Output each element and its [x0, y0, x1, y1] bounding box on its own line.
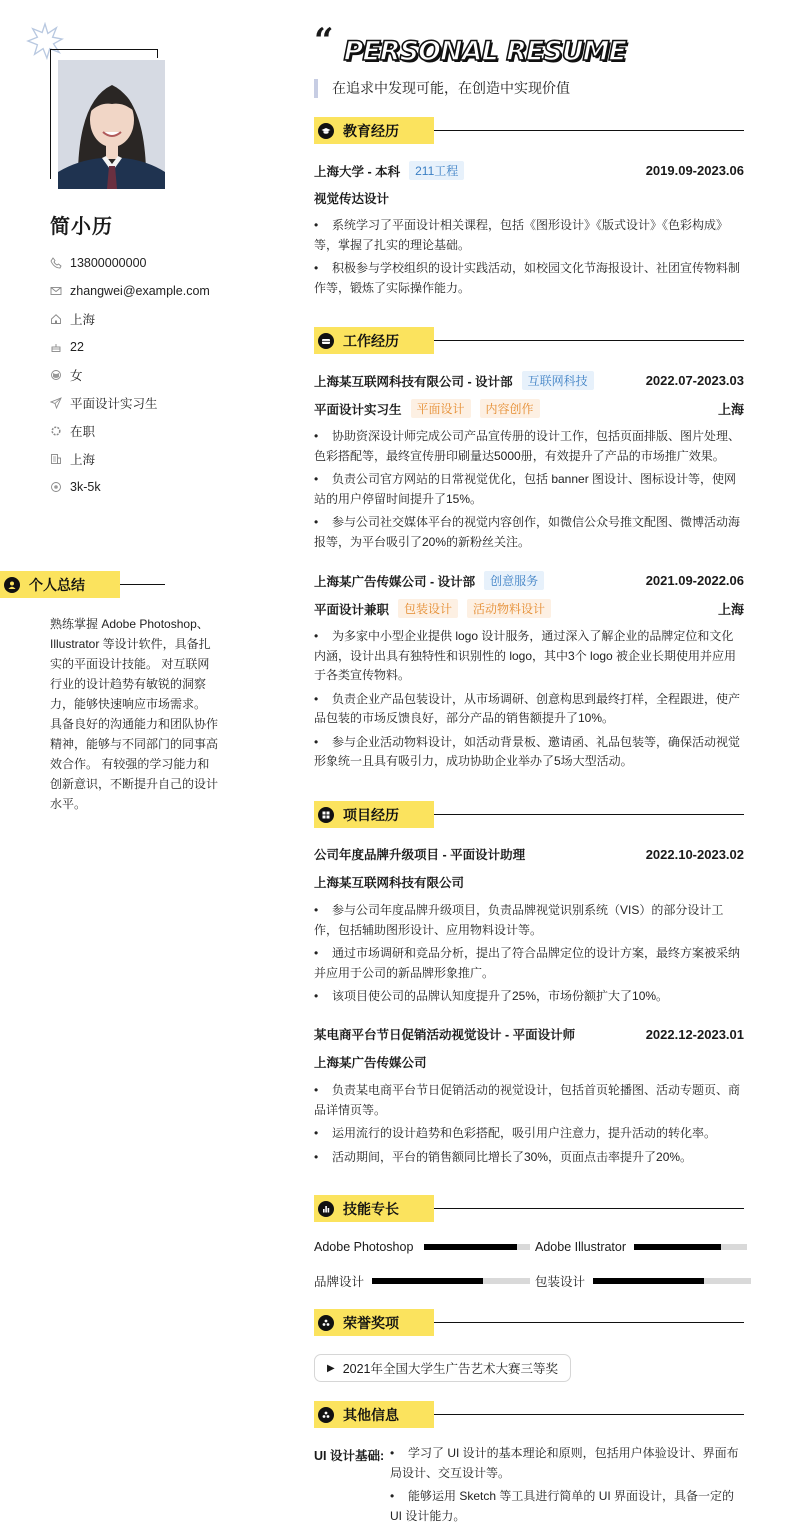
skill-tag: 包装设计: [398, 599, 458, 618]
grid-icon: [318, 807, 334, 823]
industry-tag: 互联网科技: [522, 371, 594, 390]
status-icon: [50, 425, 62, 437]
company-name: 上海某广告传媒公司 - 设计部: [314, 572, 475, 590]
work-city: 上海: [718, 399, 744, 418]
school-tag: 211工程: [409, 161, 464, 180]
work-bullets: •协助资深设计师完成公司产品宣传册的设计工作，包括页面排版、图片处理、色彩搭配等…: [314, 427, 744, 556]
info-value: 上海: [70, 310, 95, 328]
section-header-projects: 项目经历: [314, 801, 744, 828]
section-divider: [434, 814, 744, 816]
skill-tag: 平面设计: [411, 399, 471, 418]
section-title: 教育经历: [343, 121, 399, 141]
home-icon: [50, 313, 62, 325]
project-company: 上海某广告传媒公司: [314, 1053, 427, 1071]
bullet-item: •参与企业活动物料设计，如活动背景板、邀请函、礼品包装等，确保活动视觉形象统一且…: [314, 733, 744, 772]
info-phone: 13800000000: [50, 249, 210, 277]
profile-name: 简小历: [50, 210, 113, 239]
cake-icon: [50, 341, 62, 353]
skill-bar: [593, 1278, 751, 1284]
play-triangle-icon: ▶: [327, 1363, 335, 1374]
bullet-item: •参与公司社交媒体平台的视觉内容创作，如微信公众号推文配图、微博活动海报等，为平…: [314, 513, 744, 552]
bullet-item: •能够运用 Sketch 等工具进行简单的 UI 界面设计，具备一定的 UI 设…: [390, 1487, 746, 1526]
education-major-row: 视觉传达设计: [314, 189, 744, 207]
bullet-item: •通过市场调研和竞品分析，提出了符合品牌定位的设计方案，最终方案被采纳并应用于公…: [314, 944, 744, 983]
title-text: PERSONAL RESUME: [344, 36, 626, 67]
major: 视觉传达设计: [314, 189, 389, 207]
skill-item: 包装设计: [535, 1272, 751, 1290]
info-value: 女: [70, 366, 83, 384]
role: 平面设计实习生: [314, 400, 402, 418]
work-city: 上海: [718, 599, 744, 618]
project-title: 某电商平台节日促销活动视觉设计 - 平面设计师: [314, 1025, 575, 1043]
section-title: 项目经历: [343, 805, 399, 825]
section-header-work: 工作经历: [314, 327, 744, 354]
bullet-item: •协助资深设计师完成公司产品宣传册的设计工作，包括页面排版、图片处理、色彩搭配等…: [314, 427, 744, 466]
work-role-row: 平面设计兼职 包装设计 活动物料设计 上海: [314, 599, 744, 618]
section-header-skills: 技能专长: [314, 1195, 744, 1222]
project-company-row: 上海某互联网科技有限公司: [314, 873, 744, 891]
section-label: 教育经历: [314, 117, 434, 144]
education-date: 2019.09-2023.06: [646, 163, 744, 178]
section-divider: [434, 1208, 744, 1210]
bullet-item: •学习了 UI 设计的基本理论和原则，包括用户体验设计、界面布局设计、交互设计等…: [390, 1444, 746, 1483]
work-header-row: 上海某互联网科技有限公司 - 设计部 互联网科技 2022.07-2023.03: [314, 371, 744, 390]
info-email: zhangwei@example.com: [50, 277, 210, 305]
skill-tag: 内容创作: [480, 399, 540, 418]
info-value: 上海: [70, 450, 95, 468]
award-item[interactable]: ▶ 2021年全国大学生广告艺术大赛三等奖: [314, 1354, 571, 1382]
info-value: 3k-5k: [70, 480, 101, 494]
section-divider: [434, 1414, 744, 1416]
project-date: 2022.10-2023.02: [646, 847, 744, 862]
skill-bar: [372, 1278, 530, 1284]
project-header-row: 某电商平台节日促销活动视觉设计 - 平面设计师 2022.12-2023.01: [314, 1025, 744, 1043]
project-date: 2022.12-2023.01: [646, 1027, 744, 1042]
gender-icon: [50, 369, 62, 381]
other-bullets: •学习了 UI 设计的基本理论和原则，包括用户体验设计、界面布局设计、交互设计等…: [390, 1444, 746, 1530]
section-divider: [434, 1322, 744, 1324]
bullet-item: •运用流行的设计趋势和色彩搭配，吸引用户注意力，提升活动的转化率。: [314, 1124, 744, 1144]
project-header-row: 公司年度品牌升级项目 - 平面设计助理 2022.10-2023.02: [314, 845, 744, 863]
bullet-item: •负责公司官方网站的日常视觉优化，包括 banner 图设计、图标设计等，使网站…: [314, 470, 744, 509]
section-divider: [120, 584, 165, 586]
bullet-item: •参与公司年度品牌升级项目，负责品牌视觉识别系统（VIS）的部分设计工作，包括辅…: [314, 901, 744, 940]
info-gender: 女: [50, 361, 210, 389]
contact-info-list: 13800000000 zhangwei@example.com 上海 22 女…: [50, 249, 210, 501]
project-company-row: 上海某广告传媒公司: [314, 1053, 744, 1071]
other-label: UI 设计基础:: [314, 1446, 384, 1464]
section-label: 技能专长: [314, 1195, 434, 1222]
role: 平面设计兼职: [314, 600, 389, 618]
briefcase-icon: [318, 333, 334, 349]
skill-bar: [634, 1244, 747, 1250]
info-value: 在职: [70, 422, 95, 440]
education-header-row: 上海大学 - 本科 211工程 2019.09-2023.06: [314, 161, 744, 180]
info-value: 22: [70, 340, 84, 354]
info-value: 平面设计实习生: [70, 394, 158, 412]
send-icon: [50, 397, 62, 409]
bullet-item: •为多家中小型企业提供 logo 设计服务，通过深入了解企业的品牌定位和文化内涵…: [314, 627, 744, 686]
work-date: 2021.09-2022.06: [646, 573, 744, 588]
quote-mark-icon: “: [314, 24, 334, 58]
phone-icon: [50, 257, 62, 269]
work-bullets: •为多家中小型企业提供 logo 设计服务，通过深入了解企业的品牌定位和文化内涵…: [314, 627, 744, 776]
user-icon: [4, 577, 20, 593]
skill-bar-fill: [593, 1278, 704, 1284]
skill-name: Adobe Illustrator: [535, 1240, 626, 1254]
section-label: 荣誉奖项: [314, 1309, 434, 1336]
building-icon: [50, 453, 62, 465]
bullet-item: •活动期间，平台的销售额同比增长了30%，页面点击率提升了20%。: [314, 1148, 744, 1168]
info-value: zhangwei@example.com: [70, 284, 210, 298]
section-label: 其他信息: [314, 1401, 434, 1428]
section-label: 项目经历: [314, 801, 434, 828]
award-icon: [318, 1315, 334, 1331]
bullet-item: •积极参与学校组织的设计实践活动，如校园文化节海报设计、社团宣传物料制作等，锻炼…: [314, 259, 744, 298]
industry-tag: 创意服务: [484, 571, 544, 590]
info-age: 22: [50, 333, 210, 361]
bullet-item: •负责企业产品包装设计，从市场调研、创意构思到最终打样，全程跟进，使产品包装的市…: [314, 690, 744, 729]
skill-item: Adobe Photoshop: [314, 1240, 530, 1254]
bar-chart-icon: [318, 1201, 334, 1217]
salary-icon: [50, 481, 62, 493]
info-city: 上海: [50, 445, 210, 473]
work-header-row: 上海某广告传媒公司 - 设计部 创意服务 2021.09-2022.06: [314, 571, 744, 590]
info-status: 在职: [50, 417, 210, 445]
skill-item: 品牌设计: [314, 1272, 530, 1290]
section-divider: [434, 340, 744, 342]
section-title: 个人总结: [29, 575, 85, 595]
skill-item: Adobe Illustrator: [535, 1240, 747, 1254]
section-title: 技能专长: [343, 1199, 399, 1219]
work-date: 2022.07-2023.03: [646, 373, 744, 388]
section-title: 荣誉奖项: [343, 1313, 399, 1333]
skill-name: Adobe Photoshop: [314, 1240, 413, 1254]
mail-icon: [50, 285, 62, 297]
info-cluster-icon: [318, 1407, 334, 1423]
section-title: 工作经历: [343, 331, 399, 351]
skill-tag: 活动物料设计: [467, 599, 551, 618]
skill-bar: [424, 1244, 530, 1250]
section-header-summary: 个人总结: [0, 571, 165, 598]
school-name: 上海大学 - 本科: [314, 162, 400, 180]
bullet-item: •该项目使公司的品牌认知度提升了25%，市场份额扩大了10%。: [314, 987, 744, 1007]
skill-bar-fill: [634, 1244, 721, 1250]
project-title: 公司年度品牌升级项目 - 平面设计助理: [314, 845, 525, 863]
info-address: 上海: [50, 305, 210, 333]
education-bullets: •系统学习了平面设计相关课程，包括《图形设计》《版式设计》《色彩构成》等，掌握了…: [314, 216, 744, 302]
graduation-cap-icon: [318, 123, 334, 139]
skill-bar-fill: [424, 1244, 516, 1250]
section-header-awards: 荣誉奖项: [314, 1309, 744, 1336]
section-title: 其他信息: [343, 1405, 399, 1425]
section-divider: [434, 130, 744, 132]
info-position: 平面设计实习生: [50, 389, 210, 417]
bullet-item: •负责某电商平台节日促销活动的视觉设计，包括首页轮播图、活动专题页、商品详情页等…: [314, 1081, 744, 1120]
project-bullets: •参与公司年度品牌升级项目，负责品牌视觉识别系统（VIS）的部分设计工作，包括辅…: [314, 901, 744, 1011]
avatar: [58, 60, 165, 189]
work-role-row: 平面设计实习生 平面设计 内容创作 上海: [314, 399, 744, 418]
skill-name: 品牌设计: [314, 1272, 364, 1290]
bullet-item: •系统学习了平面设计相关课程，包括《图形设计》《版式设计》《色彩构成》等，掌握了…: [314, 216, 744, 255]
motto: 在追求中发现可能，在创造中实现价值: [314, 79, 570, 98]
section-header-other: 其他信息: [314, 1401, 744, 1428]
info-salary: 3k-5k: [50, 473, 210, 501]
section-label: 个人总结: [0, 571, 120, 598]
section-label: 工作经历: [314, 327, 434, 354]
company-name: 上海某互联网科技有限公司 - 设计部: [314, 372, 513, 390]
award-label: 2021年全国大学生广告艺术大赛三等奖: [343, 1359, 558, 1377]
resume-title: “ PERSONAL RESUME: [314, 26, 626, 67]
info-value: 13800000000: [70, 256, 146, 270]
skill-bar-fill: [372, 1278, 483, 1284]
project-bullets: •负责某电商平台节日促销活动的视觉设计，包括首页轮播图、活动专题页、商品详情页等…: [314, 1081, 744, 1171]
project-company: 上海某互联网科技有限公司: [314, 873, 464, 891]
summary-text: 熟练掌握 Adobe Photoshop、Illustrator 等设计软件，具…: [50, 614, 218, 814]
section-header-education: 教育经历: [314, 117, 744, 144]
skill-name: 包装设计: [535, 1272, 585, 1290]
